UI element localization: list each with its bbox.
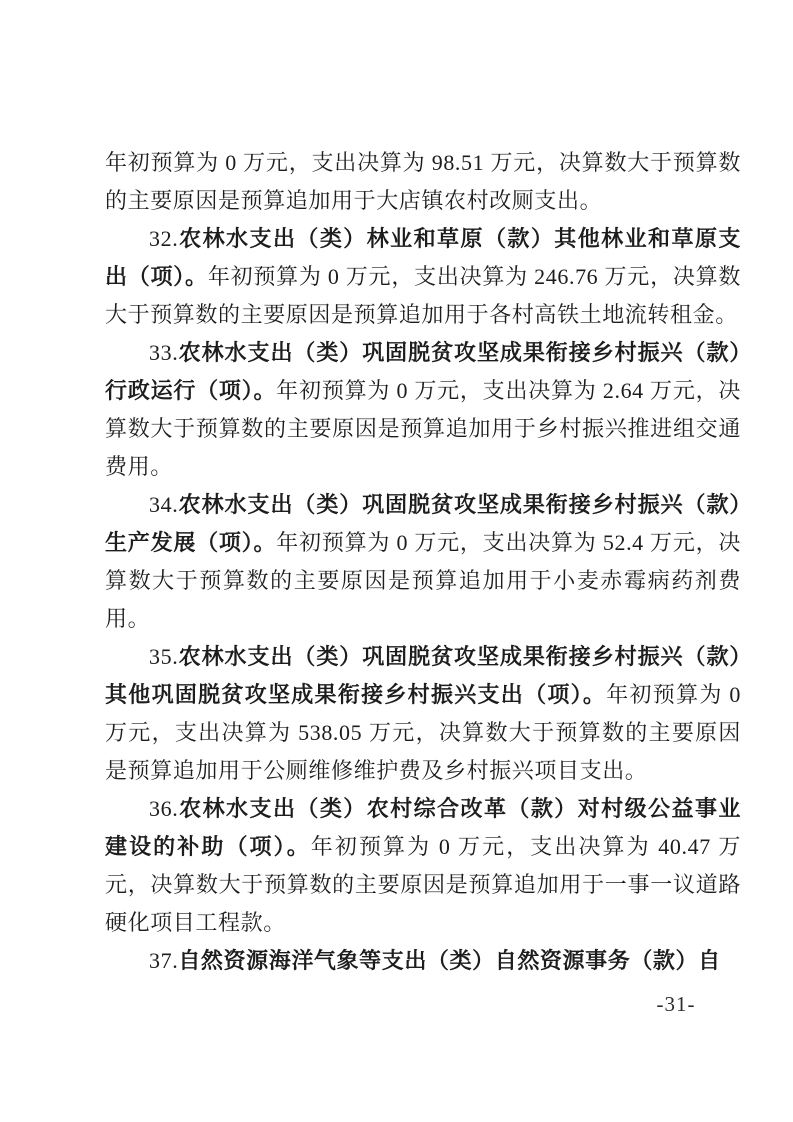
item-number: 37. — [149, 948, 178, 973]
item-number: 33. — [149, 340, 178, 365]
item-number: 36. — [149, 796, 178, 821]
paragraph: 33.农林水支出（类）巩固脱贫攻坚成果衔接乡村振兴（款）行政运行（项）。年初预算… — [105, 334, 741, 486]
paragraph: 35.农林水支出（类）巩固脱贫攻坚成果衔接乡村振兴（款）其他巩固脱贫攻坚成果衔接… — [105, 638, 741, 790]
paragraph: 37.自然资源海洋气象等支出（类）自然资源事务（款）自 — [105, 942, 741, 980]
document-body: 年初预算为 0 万元，支出决算为 98.51 万元，决算数大于预算数的主要原因是… — [105, 144, 741, 980]
page-number: -31- — [646, 992, 706, 1016]
item-heading: 自然资源海洋气象等支出（类）自然资源事务（款）自 — [178, 948, 720, 973]
paragraph: 年初预算为 0 万元，支出决算为 98.51 万元，决算数大于预算数的主要原因是… — [105, 144, 741, 220]
item-number: 32. — [149, 226, 178, 251]
paragraph: 36.农林水支出（类）农村综合改革（款）对村级公益事业建设的补助（项）。年初预算… — [105, 790, 741, 942]
item-body: 年初预算为 0 万元，支出决算为 98.51 万元，决算数大于预算数的主要原因是… — [105, 150, 741, 213]
paragraph: 32.农林水支出（类）林业和草原（款）其他林业和草原支出（项）。年初预算为 0 … — [105, 220, 741, 334]
paragraph: 34.农林水支出（类）巩固脱贫攻坚成果衔接乡村振兴（款）生产发展（项）。年初预算… — [105, 486, 741, 638]
item-number: 35. — [149, 644, 178, 669]
document-page: 年初预算为 0 万元，支出决算为 98.51 万元，决算数大于预算数的主要原因是… — [0, 0, 793, 1122]
item-number: 34. — [149, 492, 178, 517]
